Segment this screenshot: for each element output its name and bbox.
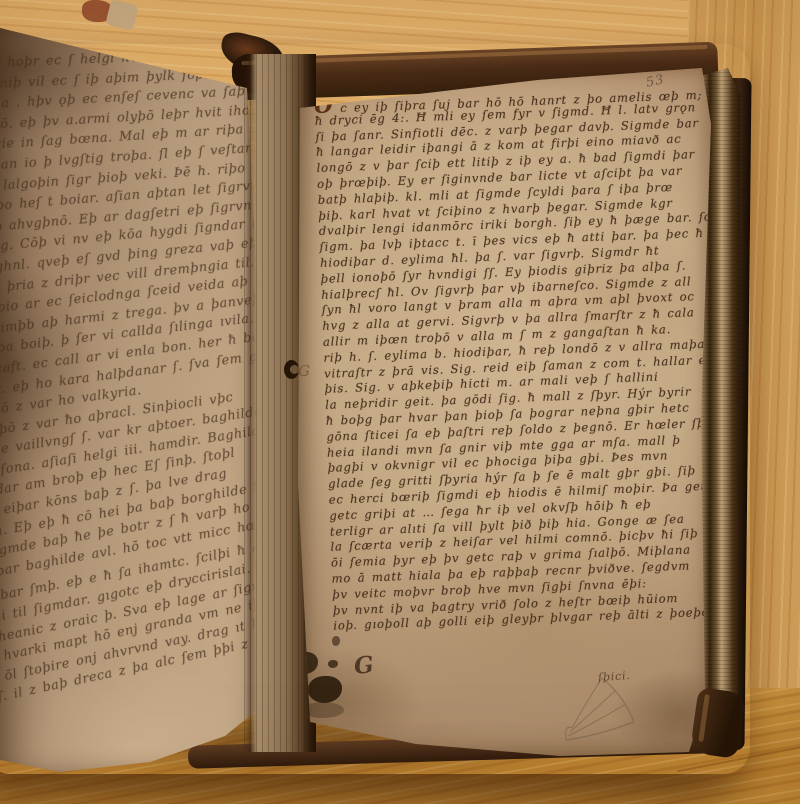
ink-blot	[332, 636, 340, 646]
ship-sketch-icon	[556, 664, 648, 748]
ink-blot	[308, 676, 342, 703]
right-page-text: Ó c ey iþ ſiþra ſuj bar hō hō hanrt z þo…	[314, 84, 727, 635]
marginal-ink-mark	[284, 360, 299, 379]
left-manuscript-page: er hoþr ec ſ helgi hvilo goþa angr laſa …	[0, 20, 266, 780]
pen-trial-letter: G	[353, 651, 375, 680]
marginal-initial-letter: G	[298, 362, 310, 380]
leather-corner-roll	[690, 687, 747, 759]
right-manuscript-page: 53 Ó c ey iþ ſiþra ſuj bar hō hō hanrt z…	[298, 64, 712, 756]
manuscript-photo: er hoþr ec ſ helgi hvilo goþa angr laſa …	[0, 0, 800, 804]
ink-blot	[328, 660, 338, 668]
